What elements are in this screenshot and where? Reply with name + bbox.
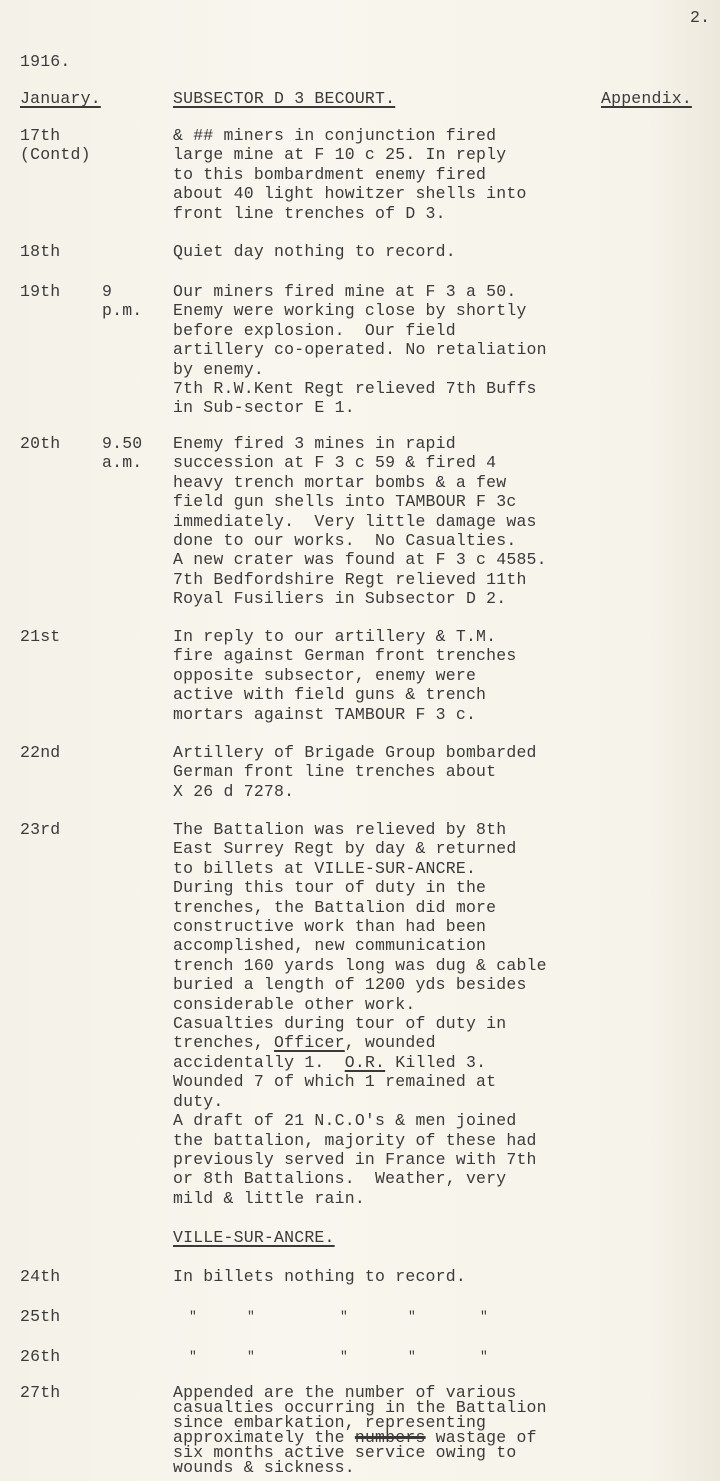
page-number: 2. (690, 8, 710, 27)
text-line: Casualties during tour of duty in (173, 1014, 547, 1033)
entry-date: 23rd (20, 820, 60, 839)
entry-text: Quiet day nothing to record. (173, 242, 456, 261)
text-line: Artillery of Brigade Group bombarded (173, 743, 537, 762)
text-line: front line trenches of D 3. (173, 204, 527, 223)
text-line: accidentally 1. O.R. Killed 3. (173, 1053, 547, 1072)
ditto-mark: " (189, 1307, 197, 1326)
text-line: by enemy. (173, 360, 547, 379)
ditto-mark: " (408, 1347, 416, 1366)
text-line: Our miners fired mine at F 3 a 50. (173, 282, 547, 301)
ditto-mark: " (408, 1307, 416, 1326)
text-line: A draft of 21 N.C.O's & men joined (173, 1111, 547, 1130)
text-line: fire against German front trenches (173, 646, 516, 665)
text-line: about 40 light howitzer shells into (173, 184, 527, 203)
ditto-mark: " (480, 1347, 488, 1366)
entry-text: In billets nothing to record. (173, 1267, 466, 1286)
text-line: mild & little rain. (173, 1189, 547, 1208)
text-line: in Sub-sector E 1. (173, 398, 547, 417)
entry-text: In reply to our artillery & T.M. fire ag… (173, 627, 516, 724)
ditto-mark: " (340, 1307, 348, 1326)
entry-text: The Battalion was relieved by 8th East S… (173, 820, 547, 1208)
text-line: buried a length of 1200 yds besides (173, 975, 547, 994)
entry-date: 19th (20, 282, 60, 301)
entry-text: Our miners fired mine at F 3 a 50. Enemy… (173, 282, 547, 418)
text-line: before explosion. Our field (173, 321, 547, 340)
text-line: done to our works. No Casualties. (173, 531, 547, 550)
text-line: Wounded 7 of which 1 remained at (173, 1072, 547, 1091)
ditto-mark: " (340, 1347, 348, 1366)
text-line: previously served in France with 7th (173, 1150, 547, 1169)
year: 1916. (20, 52, 71, 71)
text-line: East Surrey Regt by day & returned (173, 839, 547, 858)
underlined-officer: Officer (274, 1033, 345, 1052)
time-value: 9 (102, 282, 142, 301)
text-line: 7th Bedfordshire Regt relieved 11th (173, 570, 547, 589)
entry-date: 25th (20, 1307, 60, 1326)
text-line: Enemy were working close by shortly (173, 301, 547, 320)
ditto-mark: " (247, 1347, 255, 1366)
entry-text: Artillery of Brigade Group bombarded Ger… (173, 743, 537, 801)
time-meridiem: p.m. (102, 301, 142, 320)
underlined-or: O.R. (345, 1053, 385, 1072)
time-meridiem: a.m. (102, 453, 142, 472)
sector-heading: SUBSECTOR D 3 BECOURT. (173, 89, 395, 108)
text-line: Royal Fusiliers in Subsector D 2. (173, 589, 547, 608)
text-line: or 8th Battalions. Weather, very (173, 1169, 547, 1188)
entry-date: 18th (20, 242, 60, 261)
text-segment: , wounded (345, 1033, 436, 1052)
text-line: Quiet day nothing to record. (173, 242, 456, 261)
text-line: trenches, Officer, wounded (173, 1033, 547, 1052)
entry-date: 27th (20, 1385, 60, 1400)
text-segment: Killed 3. (385, 1053, 486, 1072)
text-line: & ## miners in conjunction fired (173, 126, 527, 145)
text-segment: accidentally 1. (173, 1053, 345, 1072)
text-line: accomplished, new communication (173, 936, 547, 955)
text-line: German front line trenches about (173, 762, 537, 781)
text-line: heavy trench mortar bombs & a few (173, 473, 547, 492)
text-segment: trenches, (173, 1033, 274, 1052)
text-line: trenches, the Battalion did more (173, 898, 547, 917)
text-line: artillery co-operated. No retaliation (173, 340, 547, 359)
date-continued: (Contd) (20, 145, 91, 164)
appendix-heading: Appendix. (601, 89, 692, 108)
month-heading: January. (20, 89, 101, 108)
text-line: succession at F 3 c 59 & fired 4 (173, 453, 547, 472)
text-line: to billets at VILLE-SUR-ANCRE. (173, 859, 547, 878)
entry-date: 24th (20, 1267, 60, 1286)
text-line: 7th R.W.Kent Regt relieved 7th Buffs (173, 379, 547, 398)
text-line: A new crater was found at F 3 c 4585. (173, 550, 547, 569)
text-line: constructive work than had been (173, 917, 547, 936)
text-line: wounds & sickness. (173, 1460, 547, 1475)
text-line: trench 160 yards long was dug & cable (173, 956, 547, 975)
entry-date: 22nd (20, 743, 60, 762)
entry-text: Appended are the number of various casua… (173, 1385, 547, 1475)
location-heading: VILLE-SUR-ANCRE. (173, 1228, 335, 1247)
text-line: to this bombardment enemy fired (173, 165, 527, 184)
date-label: 17th (20, 126, 91, 145)
text-line: considerable other work. (173, 995, 547, 1014)
entry-date: 20th (20, 434, 60, 453)
text-line: In reply to our artillery & T.M. (173, 627, 516, 646)
entry-time: 9 p.m. (102, 282, 142, 321)
text-line: field gun shells into TAMBOUR F 3c (173, 492, 547, 511)
time-value: 9.50 (102, 434, 142, 453)
text-line: duty. (173, 1092, 547, 1111)
entry-date: 21st (20, 627, 60, 646)
text-line: X 26 d 7278. (173, 782, 537, 801)
text-line: Enemy fired 3 mines in rapid (173, 434, 547, 453)
ditto-mark: " (247, 1307, 255, 1326)
ditto-mark: " (480, 1307, 488, 1326)
text-line: During this tour of duty in the (173, 878, 547, 897)
entry-text: Enemy fired 3 mines in rapid succession … (173, 434, 547, 609)
text-line: immediately. Very little damage was (173, 512, 547, 531)
entry-time: 9.50 a.m. (102, 434, 142, 473)
ditto-mark: " (189, 1347, 197, 1366)
entry-date: 26th (20, 1347, 60, 1366)
text-line: opposite subsector, enemy were (173, 666, 516, 685)
text-line: large mine at F 10 c 25. In reply (173, 145, 527, 164)
entry-text: & ## miners in conjunction fired large m… (173, 126, 527, 223)
text-line: mortars against TAMBOUR F 3 c. (173, 705, 516, 724)
text-line: the battalion, majority of these had (173, 1131, 547, 1150)
entry-date: 17th (Contd) (20, 126, 91, 165)
document-page: 2. 1916. January. SUBSECTOR D 3 BECOURT.… (0, 0, 720, 1481)
text-line: The Battalion was relieved by 8th (173, 820, 547, 839)
text-line: active with field guns & trench (173, 685, 516, 704)
